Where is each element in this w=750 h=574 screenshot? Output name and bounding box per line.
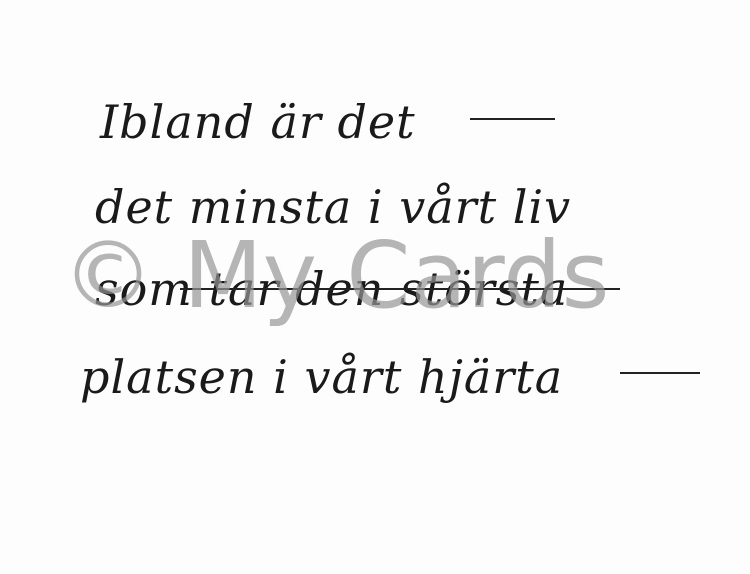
poem-line-1: Ibland är det (100, 95, 416, 149)
poem-line-4: platsen i vårt hjärta (80, 350, 563, 404)
flourish (620, 372, 700, 374)
flourish (470, 118, 555, 120)
watermark: © My Cards (62, 222, 609, 329)
